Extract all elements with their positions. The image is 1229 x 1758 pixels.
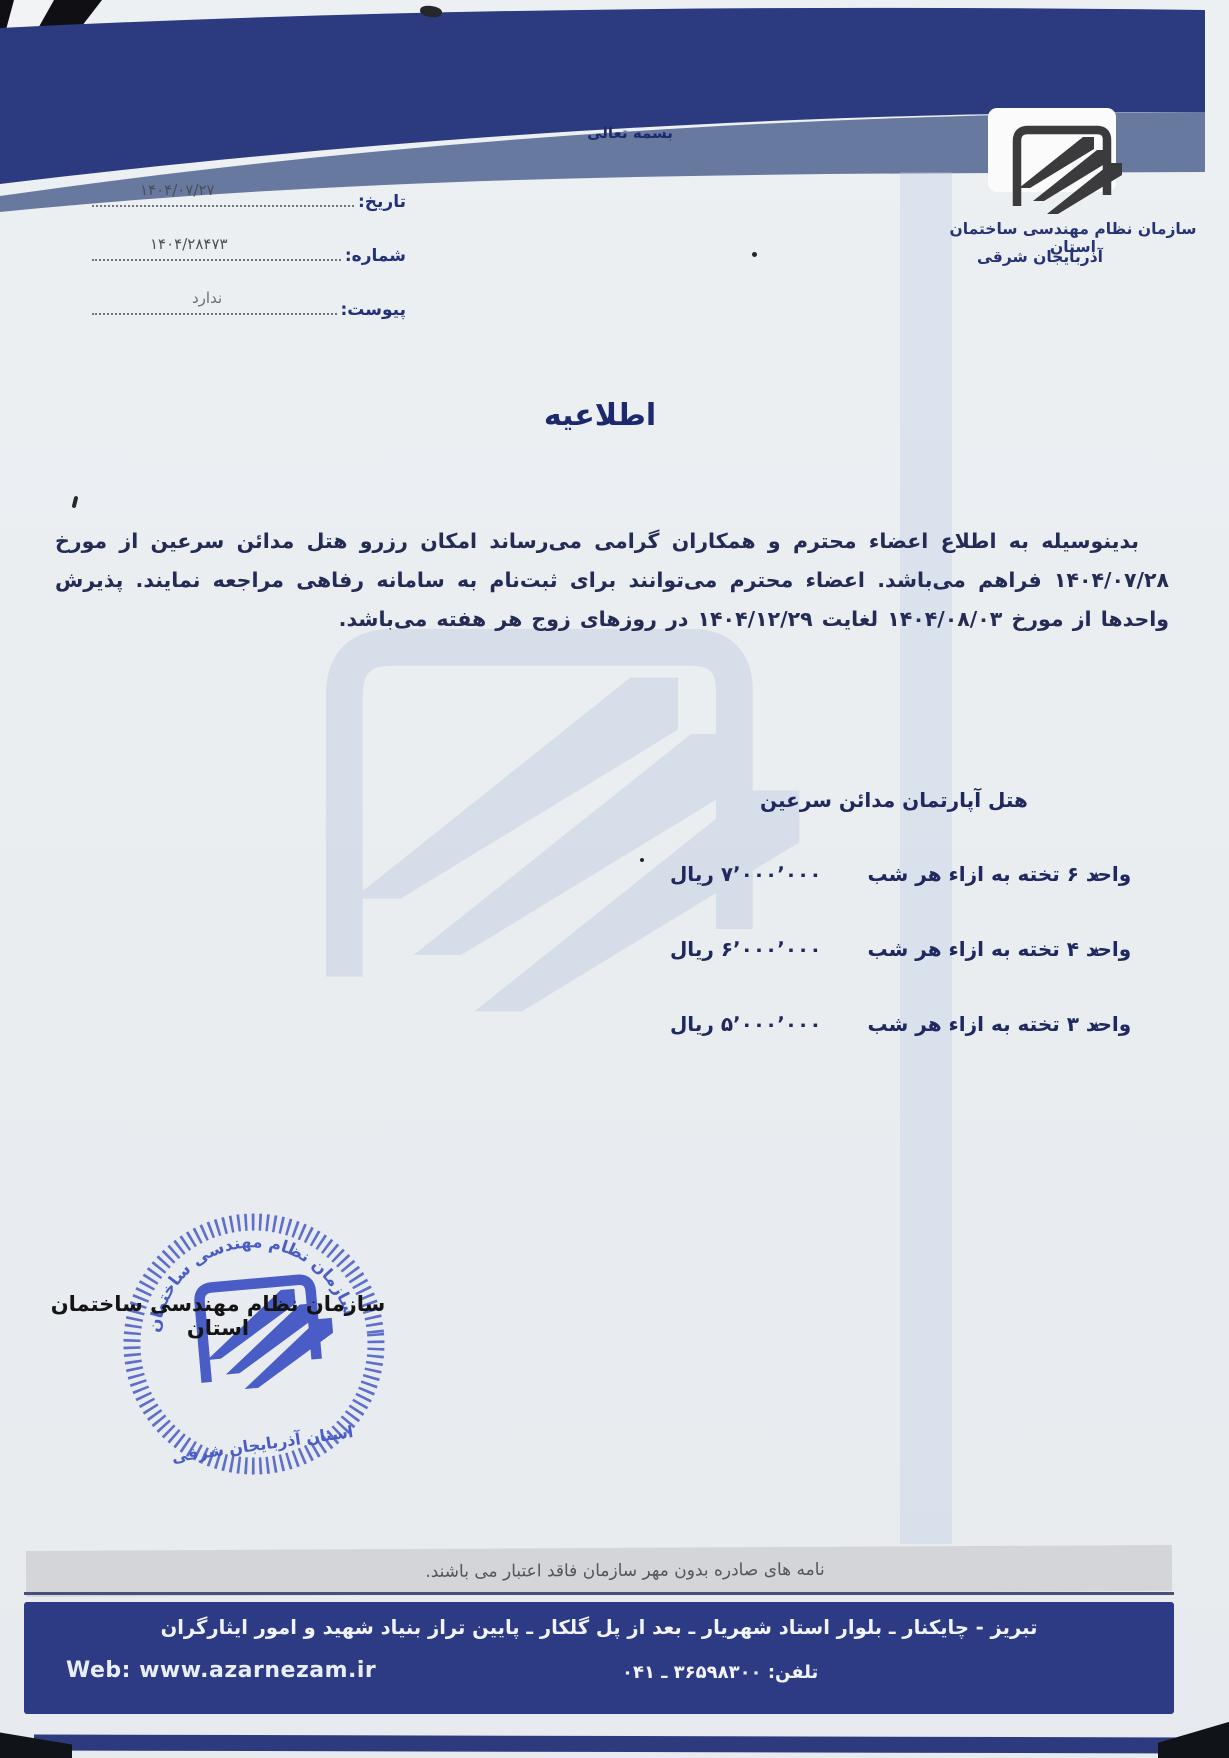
scan-speck: [72, 496, 79, 509]
footer-phone: تلفن: ۳۶۵۹۸۳۰۰ ـ ۰۴۱: [622, 1662, 818, 1683]
org-name-line2: آذربایجان شرقی: [940, 248, 1140, 266]
date-field: تاریخ: ۱۴۰۴/۰۷/۲۷: [92, 186, 406, 212]
star-bullet-icon: ٭: [1091, 865, 1101, 886]
room-row-4bed: ٭واحد ۴ تخته به ازاء هر شب ۶٬۰۰۰٬۰۰۰ ریا…: [670, 937, 1101, 961]
number-field: شماره: ۱۴۰۴/۲۸۴۷۳: [92, 240, 406, 266]
scan-bottom-sheet-edge: [34, 1734, 1194, 1753]
room-row-3bed: ٭واحد ۳ تخته به ازاء هر شب ۵٬۰۰۰٬۰۰۰ ریا…: [670, 1012, 1101, 1036]
room-price: ۷٬۰۰۰٬۰۰۰ ریال: [670, 862, 822, 886]
room-label: ٭واحد ۴ تخته به ازاء هر شب: [867, 937, 1101, 961]
footer-web-url: Web: www.azarnezam.ir: [66, 1658, 376, 1683]
stamp-bottom-text: استان آذربایجان شرقی: [170, 1421, 354, 1466]
scan-corner-bottom-left: [0, 1728, 72, 1758]
bismillah-text: بسمه تعالی: [560, 124, 700, 142]
scan-speck: [752, 252, 757, 257]
date-label: تاریخ:: [358, 192, 406, 212]
star-bullet-icon: ٭: [1091, 1015, 1101, 1036]
date-value: ۱۴۰۴/۰۷/۲۷: [140, 181, 215, 199]
disclaimer-band: نامه های صادره بدون مهر سازمان فاقد اعتب…: [26, 1545, 1172, 1597]
org-logo-icon: [998, 114, 1118, 234]
footer-address: تبریز - چایکنار ـ بلوار استاد شهریار ـ ب…: [24, 1616, 1174, 1639]
footer-box: تبریز - چایکنار ـ بلوار استاد شهریار ـ ب…: [24, 1602, 1174, 1714]
scan-speck: [640, 858, 644, 862]
room-row-6bed: ٭واحد ۶ تخته به ازاء هر شب ۷٬۰۰۰٬۰۰۰ ریا…: [670, 862, 1101, 886]
number-label: شماره:: [345, 246, 406, 266]
scan-fold-strip: [900, 172, 952, 1544]
hotel-heading: هتل آپارتمان مدائن سرعین: [760, 788, 1052, 812]
attachment-label: پیوست:: [341, 300, 407, 320]
room-label: ٭واحد ۳ تخته به ازاء هر شب: [867, 1012, 1101, 1036]
org-round-stamp: سازمان نظام مهندسی ساختمان استان آذربایج…: [100, 1190, 409, 1499]
letter-body: بدینوسیله به اطلاع اعضاء محترم و همکاران…: [55, 522, 1169, 639]
room-label: ٭واحد ۶ تخته به ازاء هر شب: [867, 862, 1101, 886]
scanned-letter-page: بسمه تعالی سازمان نظام مهندسی ساختمان اس…: [0, 0, 1229, 1758]
attachment-line: ندارد: [92, 313, 337, 315]
signature-org-text: سازمان نظام مهندسی ساختمان استان: [26, 1292, 410, 1340]
attachment-value: ندارد: [192, 289, 222, 307]
room-price: ۶٬۰۰۰٬۰۰۰ ریال: [670, 937, 822, 961]
room-price: ۵٬۰۰۰٬۰۰۰ ریال: [670, 1012, 822, 1036]
date-line: ۱۴۰۴/۰۷/۲۷: [92, 205, 354, 207]
number-value: ۱۴۰۴/۲۸۴۷۳: [150, 235, 228, 253]
page-title: اطلاعیه: [450, 398, 750, 433]
star-bullet-icon: ٭: [1091, 940, 1101, 961]
disclaimer-text: نامه های صادره بدون مهر سازمان فاقد اعتب…: [425, 1560, 824, 1582]
number-line: ۱۴۰۴/۲۸۴۷۳: [92, 259, 341, 261]
attachment-field: پیوست: ندارد: [92, 294, 406, 320]
footer-separator: [24, 1592, 1174, 1595]
